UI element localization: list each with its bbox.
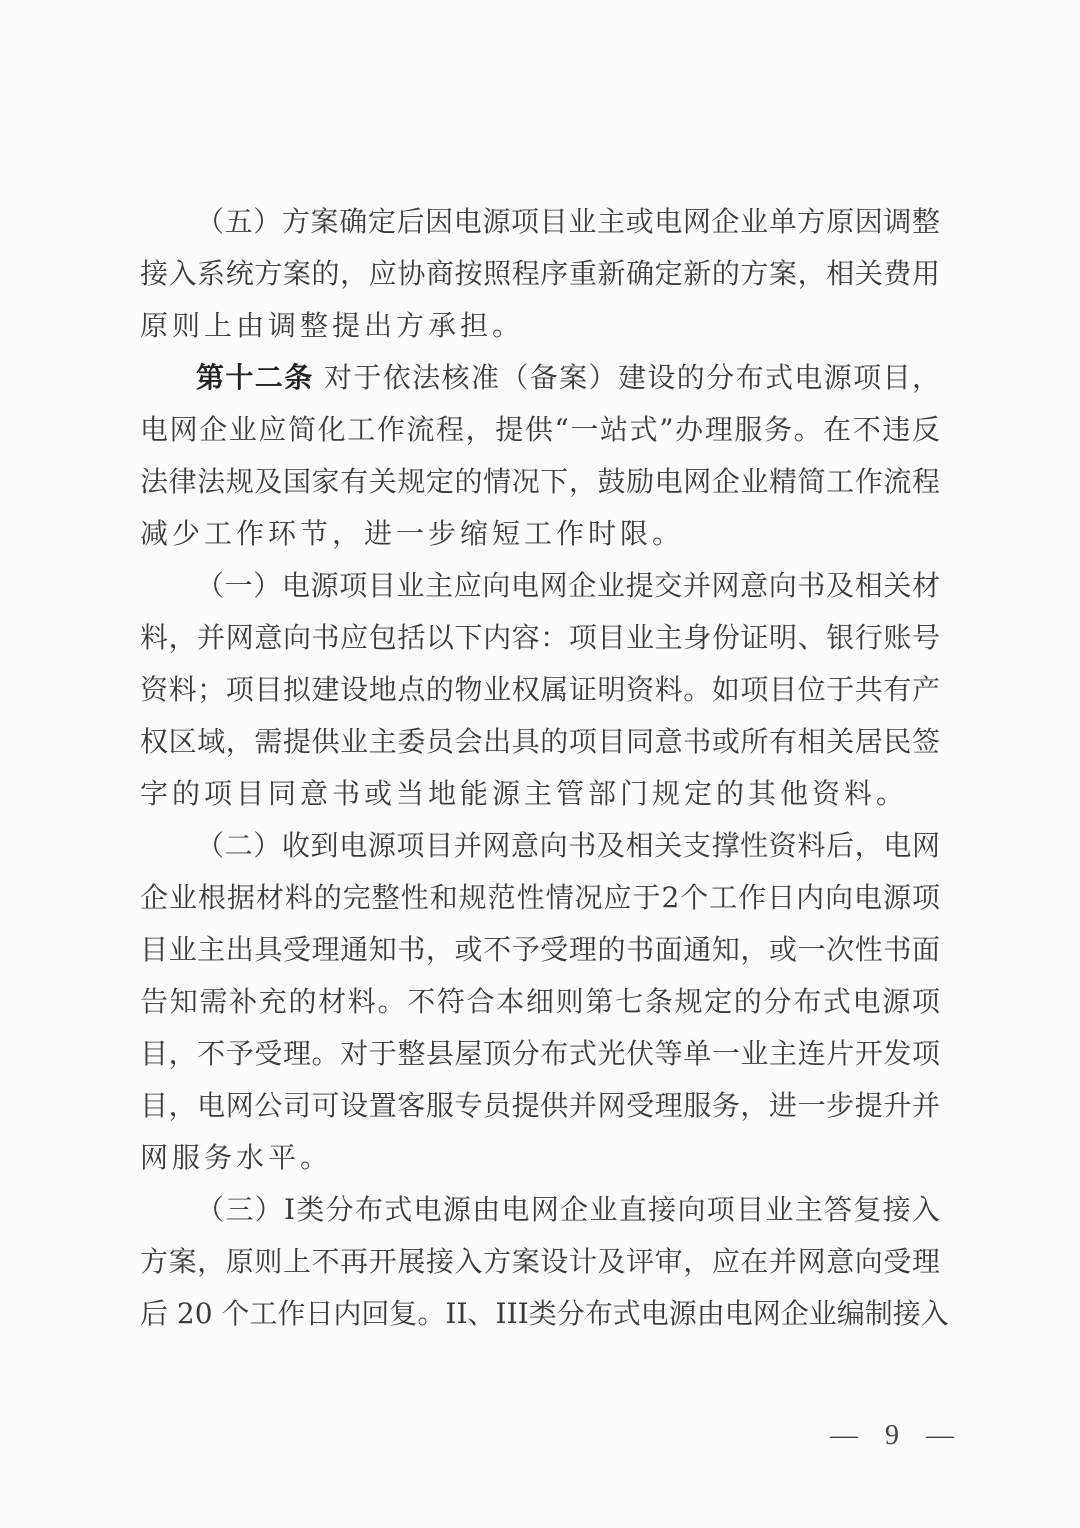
article-12-line-3: 法律法规及国家有关规定的情况下，鼓励电网企业精简工作流程	[140, 456, 940, 508]
paragraph-item-5-line-1: （五）方案确定后因电源项目业主或电网企业单方原因调整	[196, 196, 940, 248]
paragraph-item-2-line-1: （二）收到电源项目并网意向书及相关支撑性资料后，电网	[196, 820, 940, 872]
paragraph-item-1-line-3: 资料；项目拟建设地点的物业权属证明资料。如项目位于共有产	[140, 664, 940, 716]
paragraph-item-3-line-2: 方案，原则上不再开展接入方案设计及评审，应在并网意向受理	[140, 1236, 940, 1288]
paragraph-item-2-line-2: 企业根据材料的完整性和规范性情况应于2个工作日内向电源项	[140, 872, 940, 924]
paragraph-item-2-line-3: 目业主出具受理通知书，或不予受理的书面通知，或一次性书面	[140, 924, 940, 976]
article-12-line-4: 减少工作环节，进一步缩短工作时限。	[140, 508, 940, 560]
article-12-heading: 第十二条	[196, 361, 314, 394]
paragraph-item-1-line-4: 权区域，需提供业主委员会出具的项目同意书或所有相关居民签	[140, 716, 940, 768]
paragraph-item-1-line-5: 字的项目同意书或当地能源主管部门规定的其他资料。	[140, 768, 940, 820]
paragraph-item-1-line-1: （一）电源项目业主应向电网企业提交并网意向书及相关材	[196, 560, 940, 612]
paragraph-item-3-line-3: 后 20 个工作日内回复。II、III类分布式电源由电网企业编制接入	[140, 1288, 940, 1340]
article-12-text: 对于依法核准（备案）建设的分布式电源项目，	[314, 361, 940, 394]
paragraph-item-2-line-5: 目，不予受理。对于整县屋顶分布式光伏等单一业主连片开发项	[140, 1028, 940, 1080]
page-number: — 9 —	[830, 1420, 964, 1452]
paragraph-item-5-line-3: 原则上由调整提出方承担。	[140, 300, 940, 352]
paragraph-item-5-line-2: 接入系统方案的，应协商按照程序重新确定新的方案，相关费用	[140, 248, 940, 300]
paragraph-item-2-line-6: 目，电网公司可设置客服专员提供并网受理服务，进一步提升并	[140, 1080, 940, 1132]
paragraph-item-3-line-1: （三）I类分布式电源由电网企业直接向项目业主答复接入	[196, 1184, 940, 1236]
article-12-line-1: 第十二条 对于依法核准（备案）建设的分布式电源项目，	[196, 352, 940, 404]
article-12-line-2: 电网企业应简化工作流程，提供“一站式”办理服务。在不违反	[140, 404, 940, 456]
document-page: （五）方案确定后因电源项目业主或电网企业单方原因调整 接入系统方案的，应协商按照…	[0, 0, 1080, 1528]
paragraph-item-2-line-4: 告知需补充的材料。不符合本细则第七条规定的分布式电源项	[140, 976, 940, 1028]
paragraph-item-2-line-7: 网服务水平。	[140, 1132, 940, 1184]
paragraph-item-1-line-2: 料，并网意向书应包括以下内容：项目业主身份证明、银行账号	[140, 612, 940, 664]
